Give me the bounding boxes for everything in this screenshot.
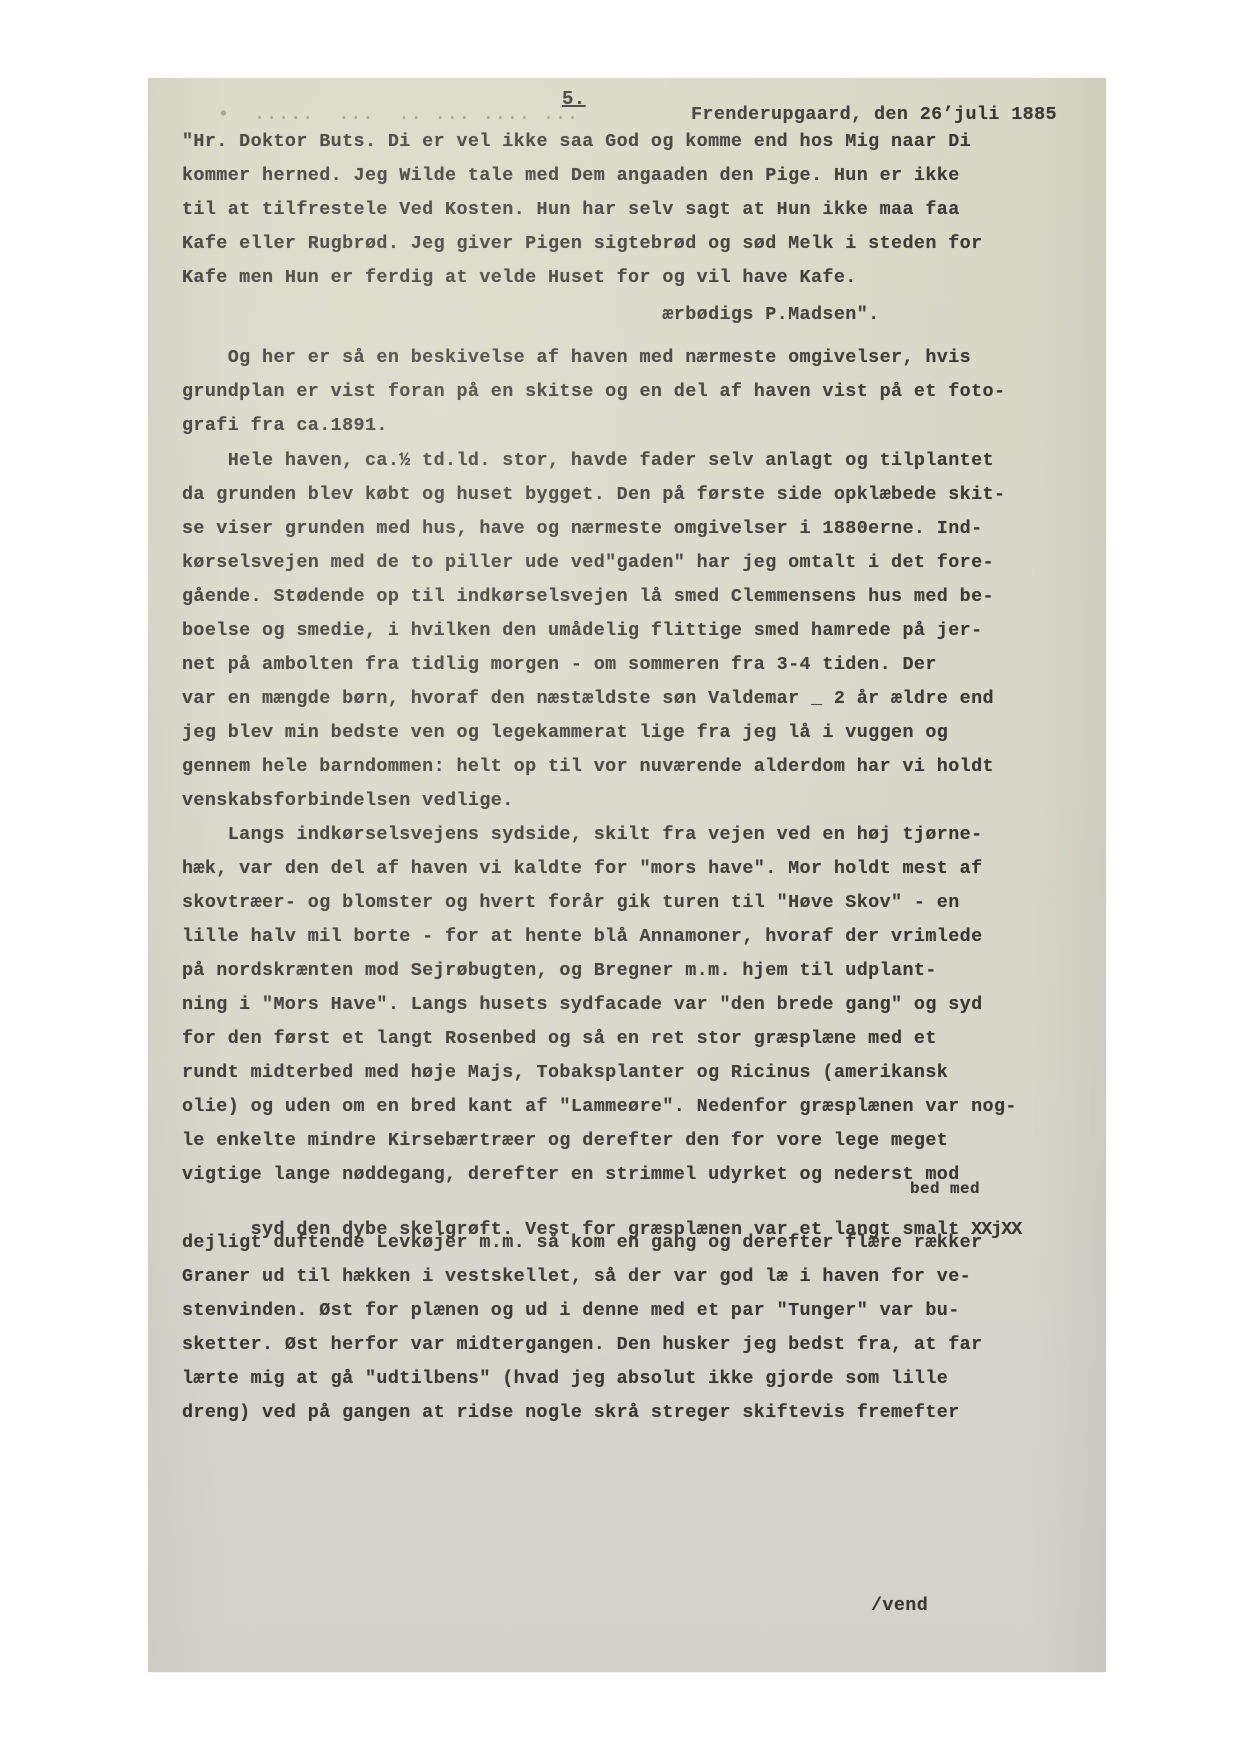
typewritten-page: 5. • ..... ... .. ... .... ... Frenderup… [148,78,1106,1672]
text-line: rundt midterbed med høje Majs, Tobakspla… [182,1062,948,1083]
text-line: "Hr. Doktor Buts. Di er vel ikke saa God… [182,131,971,152]
text-line: på nordskrænten mod Sejrøbugten, og Breg… [182,960,937,981]
text-line: Graner ud til hækken i vestskellet, så d… [182,1266,971,1287]
text-line: gennem hele barndommen: helt op til vor … [182,756,994,777]
text-line: ning i "Mors Have". Langs husets sydfaca… [182,994,983,1015]
text-line: se viser grunden med hus, have og nærmes… [182,518,983,539]
text-line: Kafe men Hun er ferdig at velde Huset fo… [182,267,857,288]
text-line: olie) og uden om en bred kant af "Lammeø… [182,1096,1017,1117]
text-line: jeg blev min bedste ven og legekammerat … [182,722,948,743]
text-line: til at tilfrestele Ved Kosten. Hun har s… [182,199,960,220]
text-line: for den først et langt Rosenbed og så en… [182,1028,937,1049]
signature-line: ærbødigs P.Madsen". [182,304,880,325]
text-line: grundplan er vist foran på en skitse og … [182,381,1005,402]
text-line: boelse og smedie, i hvilken den umådelig… [182,620,983,641]
text-line: sketter. Øst herfor var midtergangen. De… [182,1334,983,1355]
text-line: Hele haven, ca.½ td.ld. stor, havde fade… [182,450,994,471]
header-dashes: • ..... ... .. ... .... ... [218,104,579,125]
text-line: da grunden blev købt og huset bygget. De… [182,484,1005,505]
text-line: Kafe eller Rugbrød. Jeg giver Pigen sigt… [182,233,983,254]
text-line: kommer herned. Jeg Wilde tale med Dem an… [182,165,960,186]
text-line: skovtræer- og blomster og hvert forår gi… [182,892,960,913]
text-line: net på ambolten fra tidlig morgen - om s… [182,654,937,675]
text-line: dreng) ved på gangen at ridse nogle skrå… [182,1402,960,1423]
text-line: hæk, var den del af haven vi kaldte for … [182,858,983,879]
handwritten-correction: bed med [910,1180,980,1198]
text-line: vigtige lange nøddegang, derefter en str… [182,1164,960,1185]
text-line: lærte mig at gå "udtilbens" (hvad jeg ab… [182,1368,948,1389]
text-line: Langs indkørselsvejens sydside, skilt fr… [182,824,983,845]
header-place-date: Frenderupgaard, den 26’juli 1885 [691,104,1057,125]
text-line: lille halv mil borte - for at hente blå … [182,926,983,947]
text-line: gående. Stødende op til indkørselsvejen … [182,586,994,607]
text-line: Og her er så en beskivelse af haven med … [182,347,971,368]
text-line: kørselsvejen med de to piller ude ved"ga… [182,552,994,573]
text-line: dejligt duftende Levkøjer m.m. så kom en… [182,1232,983,1253]
text-line: venskabsforbindelsen vedlige. [182,790,514,811]
text-line: var en mængde børn, hvoraf den næstældst… [182,688,994,709]
text-line: grafi fra ca.1891. [182,415,388,436]
turn-page-note: /vend [871,1595,928,1616]
text-line: le enkelte mindre Kirsebærtræer og deref… [182,1130,948,1151]
text-line: stenvinden. Øst for plænen og ud i denne… [182,1300,960,1321]
